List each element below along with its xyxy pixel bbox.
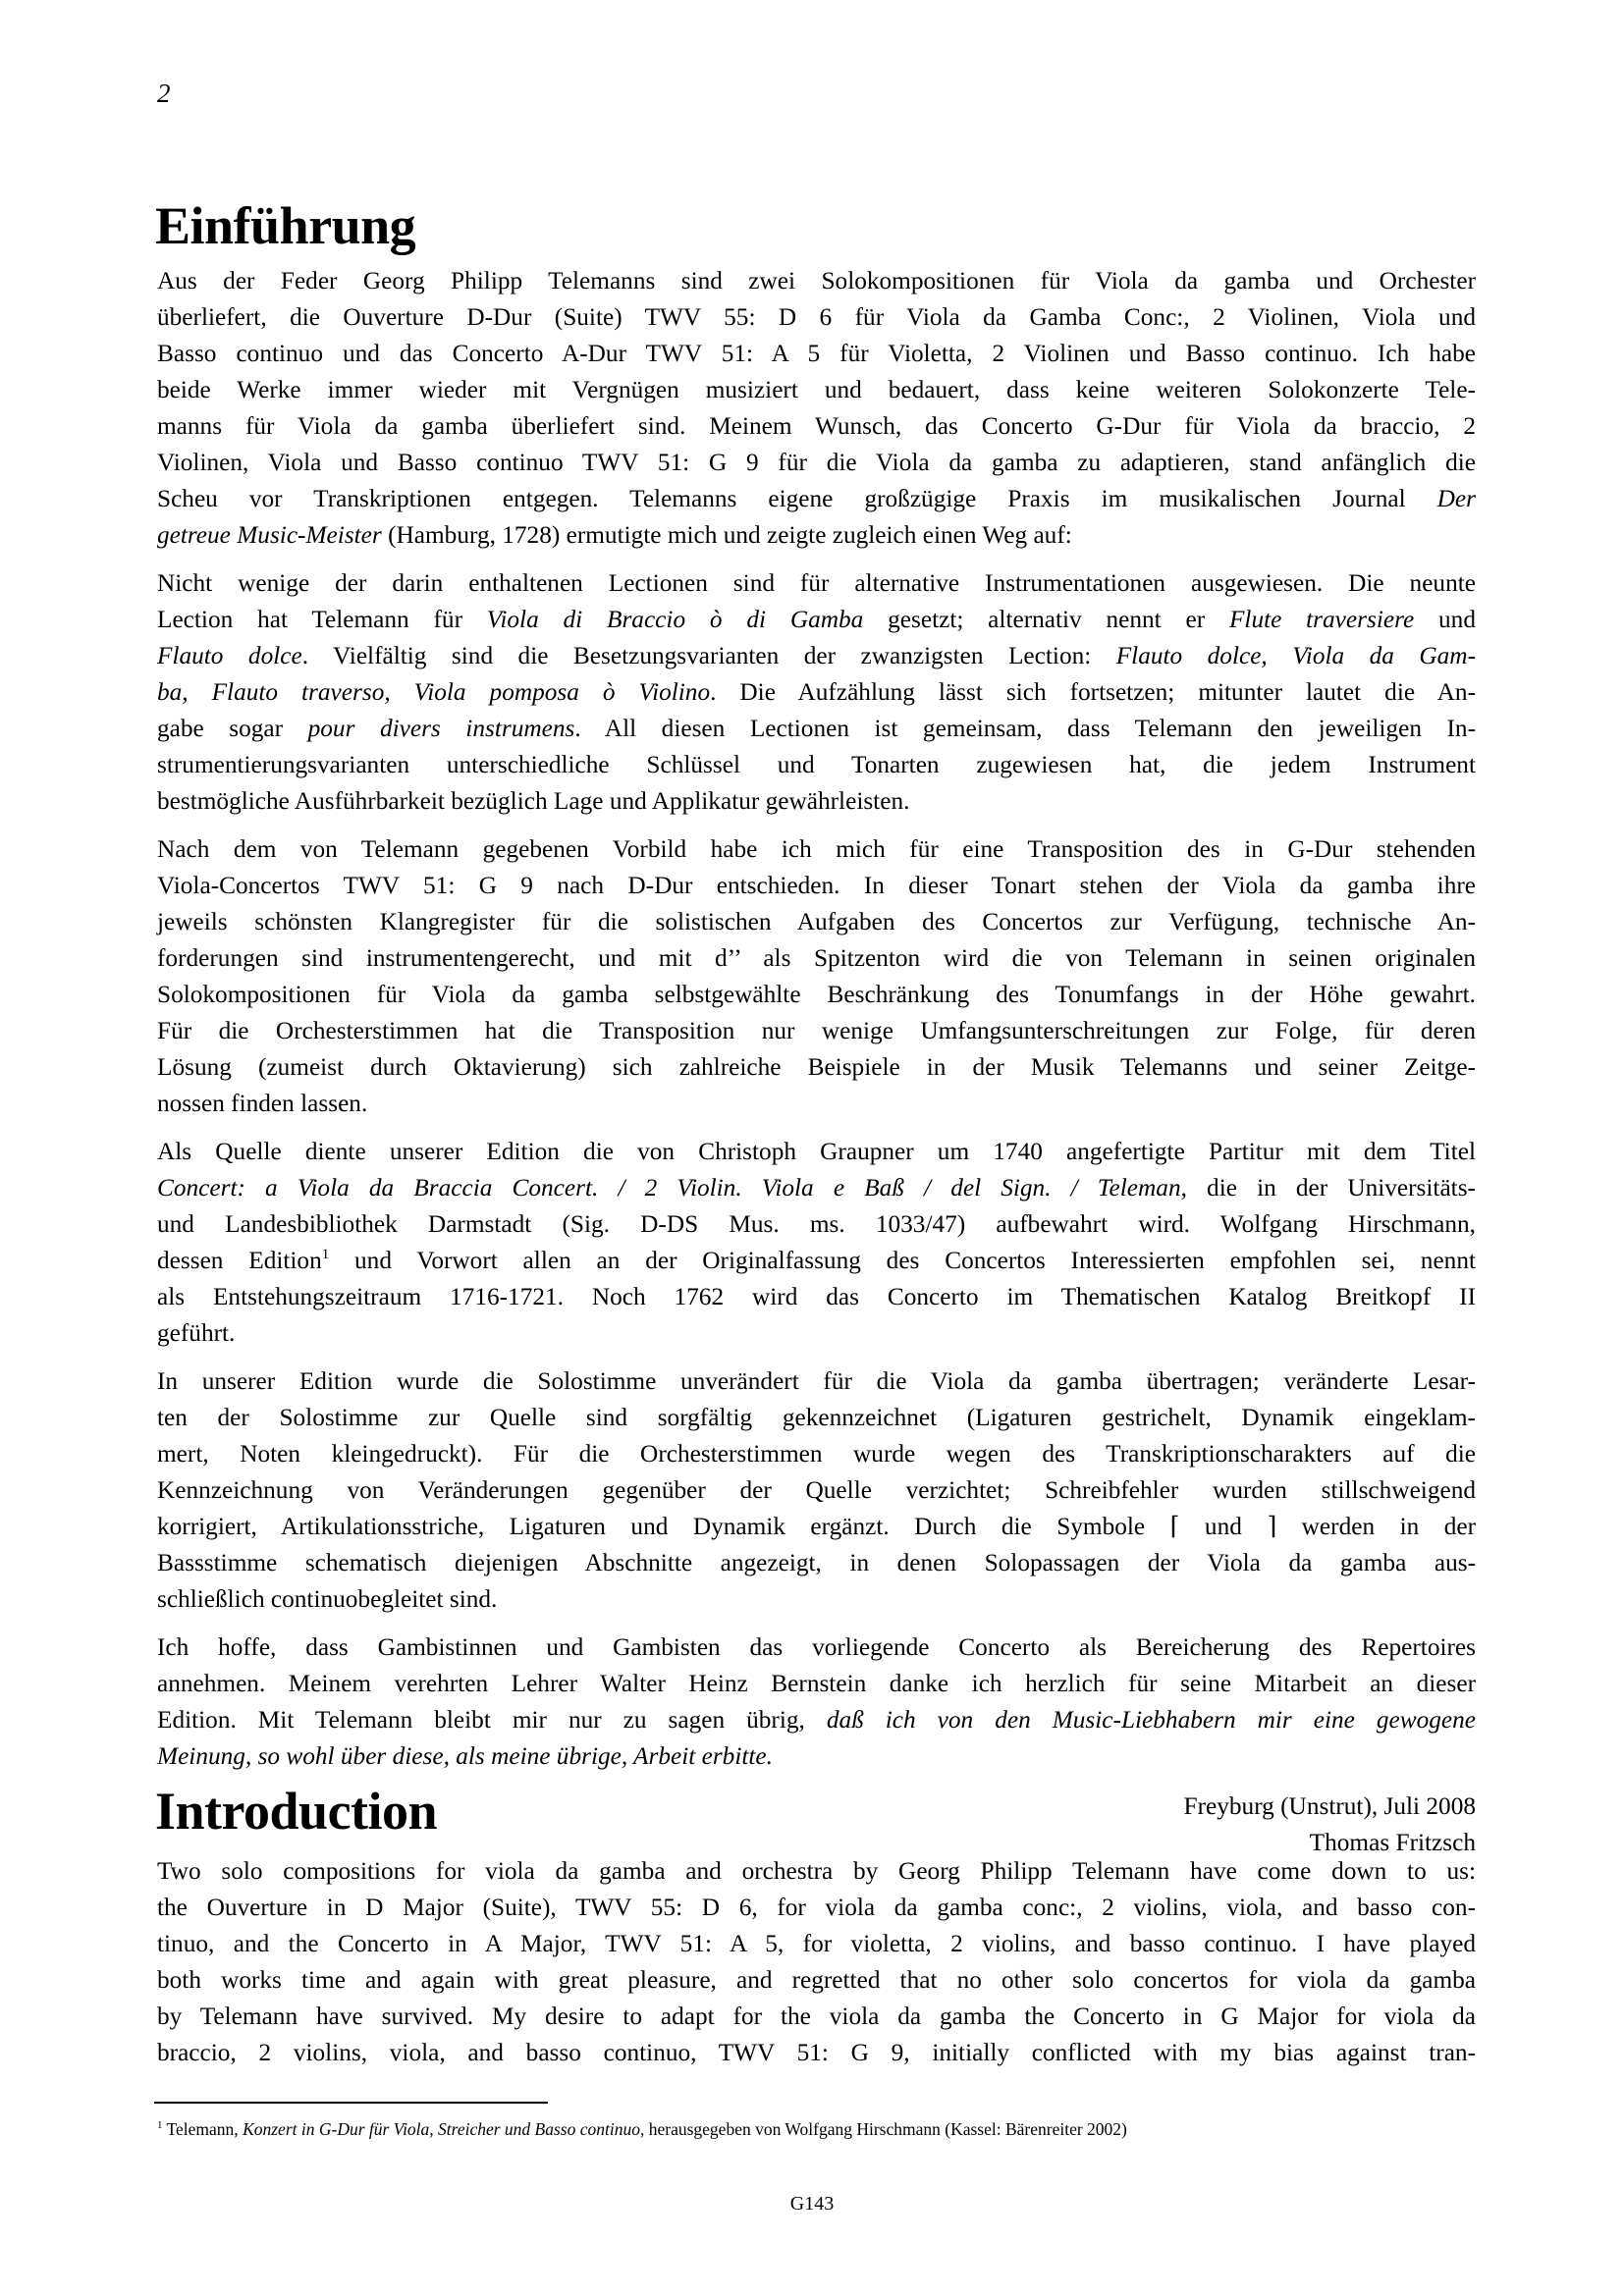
- text-line: Viola-Concertos TWV 51: G 9 nach D-Dur e…: [157, 868, 1476, 904]
- text-line: Ich hoffe, dass Gambistinnen und Gambist…: [157, 1629, 1476, 1666]
- text-line: Lösung (zumeist durch Oktavierung) sich …: [157, 1049, 1476, 1086]
- text-line: Für die Orchesterstimmen hat die Transpo…: [157, 1013, 1476, 1049]
- text-line: Nach dem von Telemann gegebenen Vorbild …: [157, 831, 1476, 868]
- text-line: Meinung, so wohl über diese, als meine ü…: [157, 1738, 1476, 1775]
- text-run: und: [1414, 606, 1476, 633]
- heading-einfuehrung: Einführung: [155, 196, 415, 255]
- text-line: getreue Music-Meister (Hamburg, 1728) er…: [157, 517, 1476, 554]
- paragraph: Als Quelle diente unserer Edition die vo…: [157, 1134, 1476, 1352]
- text-run: Für die Orchesterstimmen hat die Transpo…: [157, 1017, 1476, 1044]
- text-run: beide Werke immer wieder mit Vergnügen m…: [157, 376, 1476, 403]
- paragraph: Two solo compositions for viola da gamba…: [157, 1853, 1476, 2071]
- text-run: . All diesen Lectionen ist gemeinsam, da…: [574, 715, 1476, 742]
- text-line: korrigiert, Artikulationsstriche, Ligatu…: [157, 1509, 1476, 1545]
- text-line: Concert: a Viola da Braccia Concert. / 2…: [157, 1170, 1476, 1206]
- text-run: Violinen, Viola und Basso continuo TWV 5…: [157, 449, 1476, 476]
- italic-text: Concert: a Viola da Braccia Concert. / 2…: [157, 1174, 1181, 1201]
- text-run: Kennzeichnung von Veränderungen gegenübe…: [157, 1476, 1476, 1504]
- italic-text: Flauto dolce: [157, 642, 302, 669]
- italic-text: Meinung, so wohl über diese, als meine ü…: [157, 1742, 773, 1770]
- italic-text: Flauto dolce, Viola da Gam-: [1116, 642, 1476, 669]
- text-line: ba, Flauto traverso, Viola pomposa ò Vio…: [157, 674, 1476, 711]
- text-run: both works time and again with great ple…: [157, 1966, 1476, 1994]
- text-run: Edition. Mit Telemann bleibt mir nur zu …: [157, 1706, 827, 1734]
- paragraph: In unserer Edition wurde die Solostimme …: [157, 1363, 1476, 1618]
- text-run: Nicht wenige der darin enthaltenen Lecti…: [157, 569, 1476, 597]
- text-line: geführt.: [157, 1315, 1476, 1352]
- text-run: Ich hoffe, dass Gambistinnen und Gambist…: [157, 1633, 1476, 1661]
- text-run: strumentierungsvarianten unterschiedlich…: [157, 751, 1476, 778]
- text-run: korrigiert, Artikulationsstriche, Ligatu…: [157, 1513, 1476, 1540]
- text-run: dessen Edition: [157, 1247, 322, 1274]
- text-run: Aus der Feder Georg Philipp Telemanns si…: [157, 267, 1476, 294]
- text-run: Als Quelle diente unserer Edition die vo…: [157, 1138, 1476, 1165]
- text-run: nossen finden lassen.: [157, 1090, 367, 1117]
- text-line: als Entstehungszeitraum 1716-1721. Noch …: [157, 1279, 1476, 1315]
- footnote-text: Telemann, Konzert in G-Dur für Viola, St…: [163, 2119, 1127, 2139]
- text-run: ten der Solostimme zur Quelle sind sorgf…: [157, 1404, 1476, 1431]
- text-line: Flauto dolce. Vielfältig sind die Besetz…: [157, 638, 1476, 674]
- italic-text: Der: [1437, 485, 1476, 512]
- text-line: nossen finden lassen.: [157, 1086, 1476, 1122]
- german-introduction-body: Aus der Feder Georg Philipp Telemanns si…: [157, 263, 1476, 1861]
- text-line: Basso continuo und das Concerto A-Dur TW…: [157, 336, 1476, 372]
- text-run: , die in der Universitäts-: [1181, 1174, 1476, 1201]
- text-run: Viola-Concertos TWV 51: G 9 nach D-Dur e…: [157, 872, 1476, 899]
- text-run: geführt.: [157, 1319, 235, 1347]
- text-line: mert, Noten kleingedruckt). Für die Orch…: [157, 1436, 1476, 1472]
- text-line: Kennzeichnung von Veränderungen gegenübe…: [157, 1472, 1476, 1509]
- italic-text: Konzert in G-Dur für Viola, Streicher un…: [243, 2119, 640, 2139]
- footer-catalog-number: G143: [0, 2193, 1624, 2216]
- text-run: by Telemann have survived. My desire to …: [157, 2002, 1476, 2030]
- text-line: dessen Edition1 und Vorwort allen an der…: [157, 1243, 1476, 1279]
- text-run: als Entstehungszeitraum 1716-1721. Noch …: [157, 1283, 1476, 1310]
- paragraph: Nicht wenige der darin enthaltenen Lecti…: [157, 565, 1476, 820]
- text-run: jeweils schönsten Klangregister für die …: [157, 908, 1476, 935]
- text-run: Telemann,: [163, 2119, 244, 2139]
- text-line: by Telemann have survived. My desire to …: [157, 1999, 1476, 2035]
- text-run: bestmögliche Ausführbarkeit bezüglich La…: [157, 787, 909, 815]
- text-line: überliefert, die Ouverture D-Dur (Suite)…: [157, 299, 1476, 336]
- text-run: und Landesbibliothek Darmstadt (Sig. D-D…: [157, 1210, 1476, 1238]
- text-run: Bassstimme schematisch diejenigen Abschn…: [157, 1549, 1476, 1576]
- text-run: mert, Noten kleingedruckt). Für die Orch…: [157, 1440, 1476, 1468]
- text-line: bestmögliche Ausführbarkeit bezüglich La…: [157, 783, 1476, 820]
- text-run: gabe sogar: [157, 715, 308, 742]
- text-line: forderungen sind instrumentengerecht, un…: [157, 940, 1476, 977]
- heading-introduction: Introduction: [155, 1782, 437, 1841]
- text-run: . Die Aufzählung lässt sich fortsetzen; …: [710, 678, 1476, 706]
- italic-text: getreue Music-Meister: [157, 521, 382, 549]
- text-line: Als Quelle diente unserer Edition die vo…: [157, 1134, 1476, 1170]
- text-line: both works time and again with great ple…: [157, 1962, 1476, 1999]
- italic-text: pour divers instrumens: [308, 715, 575, 742]
- text-line: In unserer Edition wurde die Solostimme …: [157, 1363, 1476, 1400]
- paragraph: Nach dem von Telemann gegebenen Vorbild …: [157, 831, 1476, 1122]
- text-run: und Vorwort allen an der Originalfassung…: [329, 1247, 1476, 1274]
- text-run: annehmen. Meinem verehrten Lehrer Walter…: [157, 1670, 1476, 1697]
- text-run: Scheu vor Transkriptionen entgegen. Tele…: [157, 485, 1437, 512]
- text-line: braccio, 2 violins, viola, and basso con…: [157, 2035, 1476, 2071]
- text-line: beide Werke immer wieder mit Vergnügen m…: [157, 372, 1476, 408]
- text-run: braccio, 2 violins, viola, and basso con…: [157, 2039, 1476, 2066]
- text-run: Lösung (zumeist durch Oktavierung) sich …: [157, 1053, 1476, 1081]
- paragraph: Aus der Feder Georg Philipp Telemanns si…: [157, 263, 1476, 554]
- text-line: und Landesbibliothek Darmstadt (Sig. D-D…: [157, 1206, 1476, 1243]
- text-line: Bassstimme schematisch diejenigen Abschn…: [157, 1545, 1476, 1581]
- paragraph: Ich hoffe, dass Gambistinnen und Gambist…: [157, 1629, 1476, 1775]
- text-line: Lection hat Telemann für Viola di Bracci…: [157, 602, 1476, 638]
- text-run: Lection hat Telemann für: [157, 606, 487, 633]
- text-line: gabe sogar pour divers instrumens. All d…: [157, 711, 1476, 747]
- text-line: strumentierungsvarianten unterschiedlich…: [157, 747, 1476, 783]
- italic-text: daß ich von den Music-Liebhabern mir ein…: [827, 1706, 1476, 1734]
- text-line: Violinen, Viola und Basso continuo TWV 5…: [157, 445, 1476, 481]
- text-run: manns für Viola da gamba überliefert sin…: [157, 412, 1476, 440]
- text-run: schließlich continuobegleitet sind.: [157, 1585, 497, 1613]
- text-line: tinuo, and the Concerto in A Major, TWV …: [157, 1926, 1476, 1962]
- italic-text: Flute traversiere: [1229, 606, 1414, 633]
- text-line: Nicht wenige der darin enthaltenen Lecti…: [157, 565, 1476, 602]
- text-line: Solokompositionen für Viola da gamba sel…: [157, 977, 1476, 1013]
- text-line: schließlich continuobegleitet sind.: [157, 1581, 1476, 1618]
- text-run: überliefert, die Ouverture D-Dur (Suite)…: [157, 303, 1476, 331]
- text-line: Edition. Mit Telemann bleibt mir nur zu …: [157, 1702, 1476, 1738]
- text-run: , herausgegeben von Wolfgang Hirschmann …: [640, 2119, 1127, 2139]
- text-run: tinuo, and the Concerto in A Major, TWV …: [157, 1930, 1476, 1957]
- text-run: forderungen sind instrumentengerecht, un…: [157, 944, 1476, 972]
- text-run: the Ouverture in D Major (Suite), TWV 55…: [157, 1894, 1476, 1921]
- english-introduction-body: Two solo compositions for viola da gamba…: [157, 1853, 1476, 2083]
- text-line: jeweils schönsten Klangregister für die …: [157, 904, 1476, 940]
- text-run: gesetzt; alternativ nennt er: [863, 606, 1229, 633]
- text-line: Two solo compositions for viola da gamba…: [157, 1853, 1476, 1890]
- italic-text: ba, Flauto traverso, Viola pomposa ò Vio…: [157, 678, 710, 706]
- footnote-separator: [154, 2102, 548, 2104]
- text-run: Nach dem von Telemann gegebenen Vorbild …: [157, 835, 1476, 863]
- text-run: Solokompositionen für Viola da gamba sel…: [157, 981, 1476, 1008]
- italic-text: Viola di Braccio ò di Gamba: [487, 606, 864, 633]
- text-run: Basso continuo und das Concerto A-Dur TW…: [157, 340, 1476, 367]
- text-line: Scheu vor Transkriptionen entgegen. Tele…: [157, 481, 1476, 517]
- text-run: Two solo compositions for viola da gamba…: [157, 1857, 1476, 1885]
- text-run: (Hamburg, 1728) ermutigte mich und zeigt…: [382, 521, 1072, 549]
- text-line: annehmen. Meinem verehrten Lehrer Walter…: [157, 1666, 1476, 1702]
- page-number: 2: [157, 79, 171, 109]
- text-line: Aus der Feder Georg Philipp Telemanns si…: [157, 263, 1476, 299]
- text-line: manns für Viola da gamba überliefert sin…: [157, 408, 1476, 445]
- text-run: . Vielfältig sind die Besetzungsvariante…: [302, 642, 1116, 669]
- text-line: the Ouverture in D Major (Suite), TWV 55…: [157, 1890, 1476, 1926]
- footnote: 1 Telemann, Konzert in G-Dur für Viola, …: [157, 2118, 1532, 2140]
- text-run: In unserer Edition wurde die Solostimme …: [157, 1367, 1476, 1395]
- text-line: ten der Solostimme zur Quelle sind sorgf…: [157, 1400, 1476, 1436]
